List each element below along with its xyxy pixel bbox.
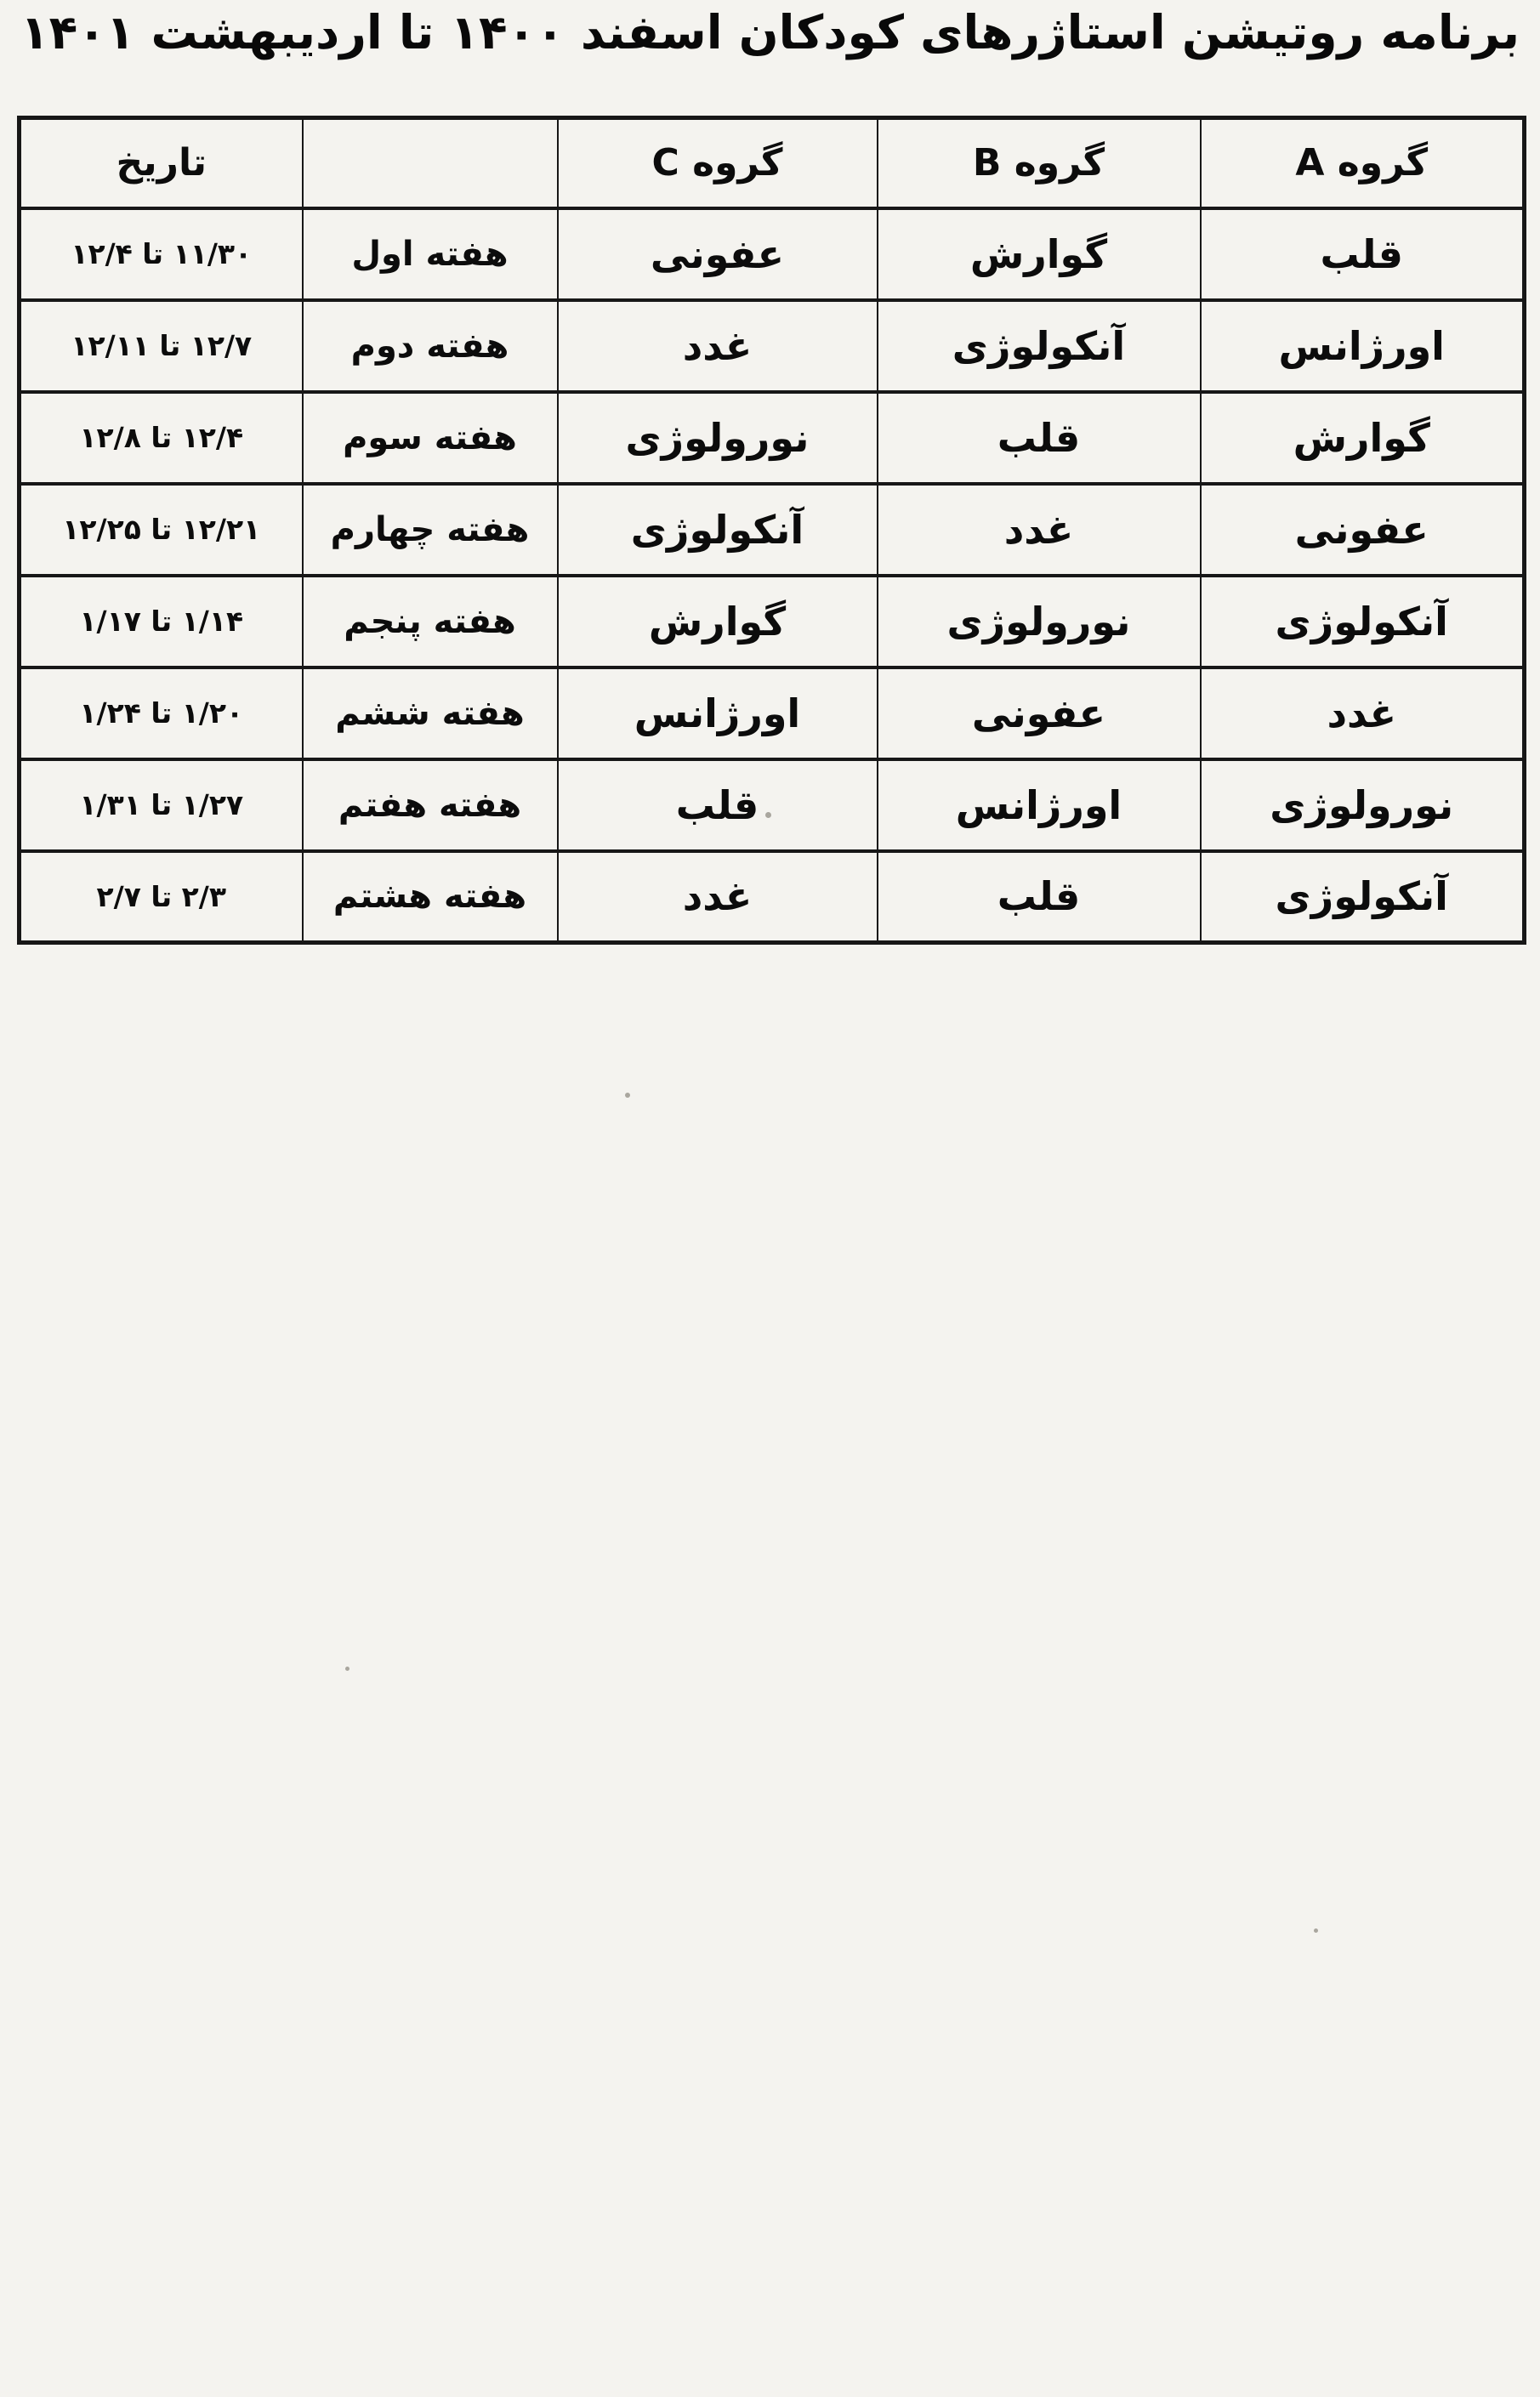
cell-group-c: آنکولوژی (558, 484, 878, 576)
cell-group-b: اورژانس (878, 759, 1201, 851)
cell-group-a: اورژانس (1201, 300, 1525, 392)
cell-date: ۱/۲۰ تا ۱/۲۴ (20, 667, 303, 759)
table-row: قلب گوارش عفونی هفته اول ۱۱/۳۰ تا ۱۲/۴ (20, 208, 1525, 300)
table-row: اورژانس آنکولوژی غدد هفته دوم ۱۲/۷ تا ۱۲… (20, 300, 1525, 392)
cell-group-b: گوارش (878, 208, 1201, 300)
cell-date: ۱۲/۷ تا ۱۲/۱۱ (20, 300, 303, 392)
rotation-table: گروه A گروه B گروه C تاریخ قلب گوارش عفو… (17, 116, 1526, 945)
cell-group-b: قلب (878, 392, 1201, 484)
cell-group-c: غدد (558, 300, 878, 392)
rotation-schedule: گروه A گروه B گروه C تاریخ قلب گوارش عفو… (21, 116, 1526, 945)
column-header-group-b: گروه B (878, 118, 1201, 208)
scan-speck (345, 1667, 349, 1671)
cell-week: هفته پنجم (303, 576, 558, 667)
column-header-date: تاریخ (20, 118, 303, 208)
cell-week: هفته سوم (303, 392, 558, 484)
header-row: گروه A گروه B گروه C تاریخ (20, 118, 1525, 208)
cell-date: ۲/۳ تا ۲/۷ (20, 851, 303, 943)
scan-speck (765, 812, 771, 818)
cell-date: ۱/۲۷ تا ۱/۳۱ (20, 759, 303, 851)
cell-group-b: عفونی (878, 667, 1201, 759)
table-row: آنکولوژی نورولوژی گوارش هفته پنجم ۱/۱۴ ت… (20, 576, 1525, 667)
cell-date: ۱/۱۴ تا ۱/۱۷ (20, 576, 303, 667)
cell-group-a: آنکولوژی (1201, 851, 1525, 943)
cell-group-b: قلب (878, 851, 1201, 943)
cell-week: هفته ششم (303, 667, 558, 759)
cell-group-a: غدد (1201, 667, 1525, 759)
scanned-page: برنامه روتیشن استاژرهای کودکان اسفند ۱۴۰… (0, 0, 1540, 2397)
cell-date: ۱۱/۳۰ تا ۱۲/۴ (20, 208, 303, 300)
cell-group-a: آنکولوژی (1201, 576, 1525, 667)
table-row: عفونی غدد آنکولوژی هفته چهارم ۱۲/۲۱ تا ۱… (20, 484, 1525, 576)
cell-group-a: گوارش (1201, 392, 1525, 484)
cell-week: هفته چهارم (303, 484, 558, 576)
cell-group-c: اورژانس (558, 667, 878, 759)
cell-group-c: نورولوژی (558, 392, 878, 484)
scan-speck (1314, 1928, 1318, 1933)
cell-week: هفته هفتم (303, 759, 558, 851)
table-row: غدد عفونی اورژانس هفته ششم ۱/۲۰ تا ۱/۲۴ (20, 667, 1525, 759)
cell-group-b: نورولوژی (878, 576, 1201, 667)
page-title: برنامه روتیشن استاژرهای کودکان اسفند ۱۴۰… (0, 5, 1540, 60)
cell-group-c: عفونی (558, 208, 878, 300)
scan-speck (625, 1093, 630, 1098)
column-header-group-a: گروه A (1201, 118, 1525, 208)
cell-date: ۱۲/۲۱ تا ۱۲/۲۵ (20, 484, 303, 576)
cell-group-a: عفونی (1201, 484, 1525, 576)
column-header-week (303, 118, 558, 208)
table-row: گوارش قلب نورولوژی هفته سوم ۱۲/۴ تا ۱۲/۸ (20, 392, 1525, 484)
cell-group-c: گوارش (558, 576, 878, 667)
cell-group-c: غدد (558, 851, 878, 943)
cell-date: ۱۲/۴ تا ۱۲/۸ (20, 392, 303, 484)
cell-group-a: نورولوژی (1201, 759, 1525, 851)
cell-group-a: قلب (1201, 208, 1525, 300)
table-row: آنکولوژی قلب غدد هفته هشتم ۲/۳ تا ۲/۷ (20, 851, 1525, 943)
cell-group-c: قلب (558, 759, 878, 851)
table-row: نورولوژی اورژانس قلب هفته هفتم ۱/۲۷ تا ۱… (20, 759, 1525, 851)
cell-week: هفته دوم (303, 300, 558, 392)
cell-week: هفته اول (303, 208, 558, 300)
column-header-group-c: گروه C (558, 118, 878, 208)
cell-group-b: آنکولوژی (878, 300, 1201, 392)
cell-group-b: غدد (878, 484, 1201, 576)
cell-week: هفته هشتم (303, 851, 558, 943)
